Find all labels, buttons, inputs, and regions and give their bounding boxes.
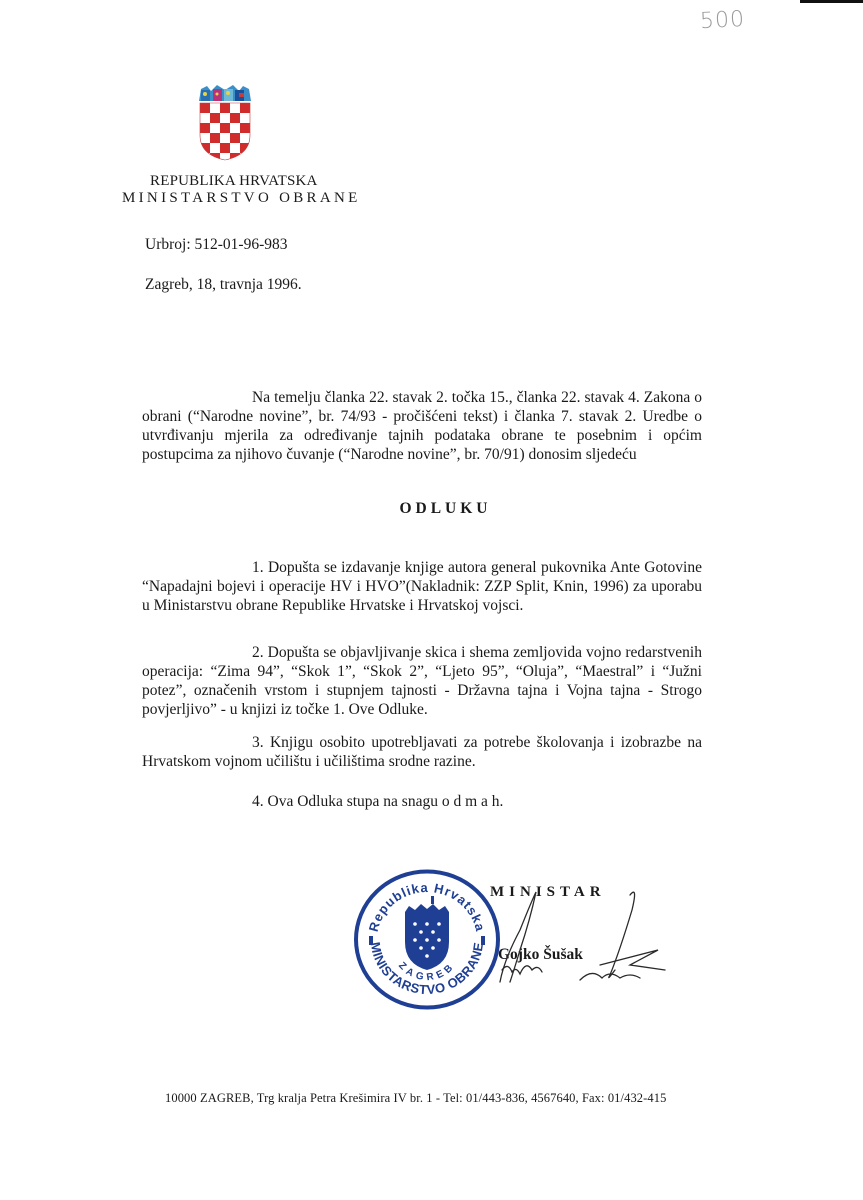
item-text: 4. Ova Odluka stupa na snagu o d m a h.: [252, 793, 503, 810]
decision-item-4: 4. Ova Odluka stupa na snagu o d m a h.: [142, 792, 702, 811]
intro-text: Na temelju članka 22. stavak 2. točka 15…: [142, 389, 702, 463]
handwritten-signature-icon: [480, 870, 680, 990]
document-date: Zagreb, 18, travnja 1996.: [145, 276, 302, 294]
item-text: 3. Knjigu osobito upotrebljavati za potr…: [142, 734, 702, 770]
croatian-coat-of-arms-icon: [195, 83, 255, 161]
decision-title: ODLUKU: [0, 500, 863, 518]
header-ministry: MINISTARSTVO OBRANE: [122, 190, 361, 207]
handwritten-page-number: 500: [699, 7, 745, 34]
decision-item-1: 1. Dopušta se izdavanje knjige autora ge…: [142, 558, 702, 615]
item-text: 2. Dopušta se objavljivanje skica i shem…: [142, 644, 702, 718]
decision-item-2: 2. Dopušta se objavljivanje skica i shem…: [142, 643, 702, 719]
decision-item-3: 3. Knjigu osobito upotrebljavati za potr…: [142, 733, 702, 771]
header-republic: REPUBLIKA HRVATSKA: [150, 173, 318, 190]
reference-number: Urbroj: 512-01-96-983: [145, 236, 288, 254]
footer-address: 10000 ZAGREB, Trg kralja Petra Krešimira…: [165, 1091, 666, 1106]
official-stamp-icon: Republika Hrvatska MINISTARSTVO OBRANE Z…: [353, 868, 501, 1011]
scan-edge-mark: [800, 0, 863, 3]
intro-paragraph: Na temelju članka 22. stavak 2. točka 15…: [142, 388, 702, 464]
item-text: 1. Dopušta se izdavanje knjige autora ge…: [142, 559, 702, 614]
